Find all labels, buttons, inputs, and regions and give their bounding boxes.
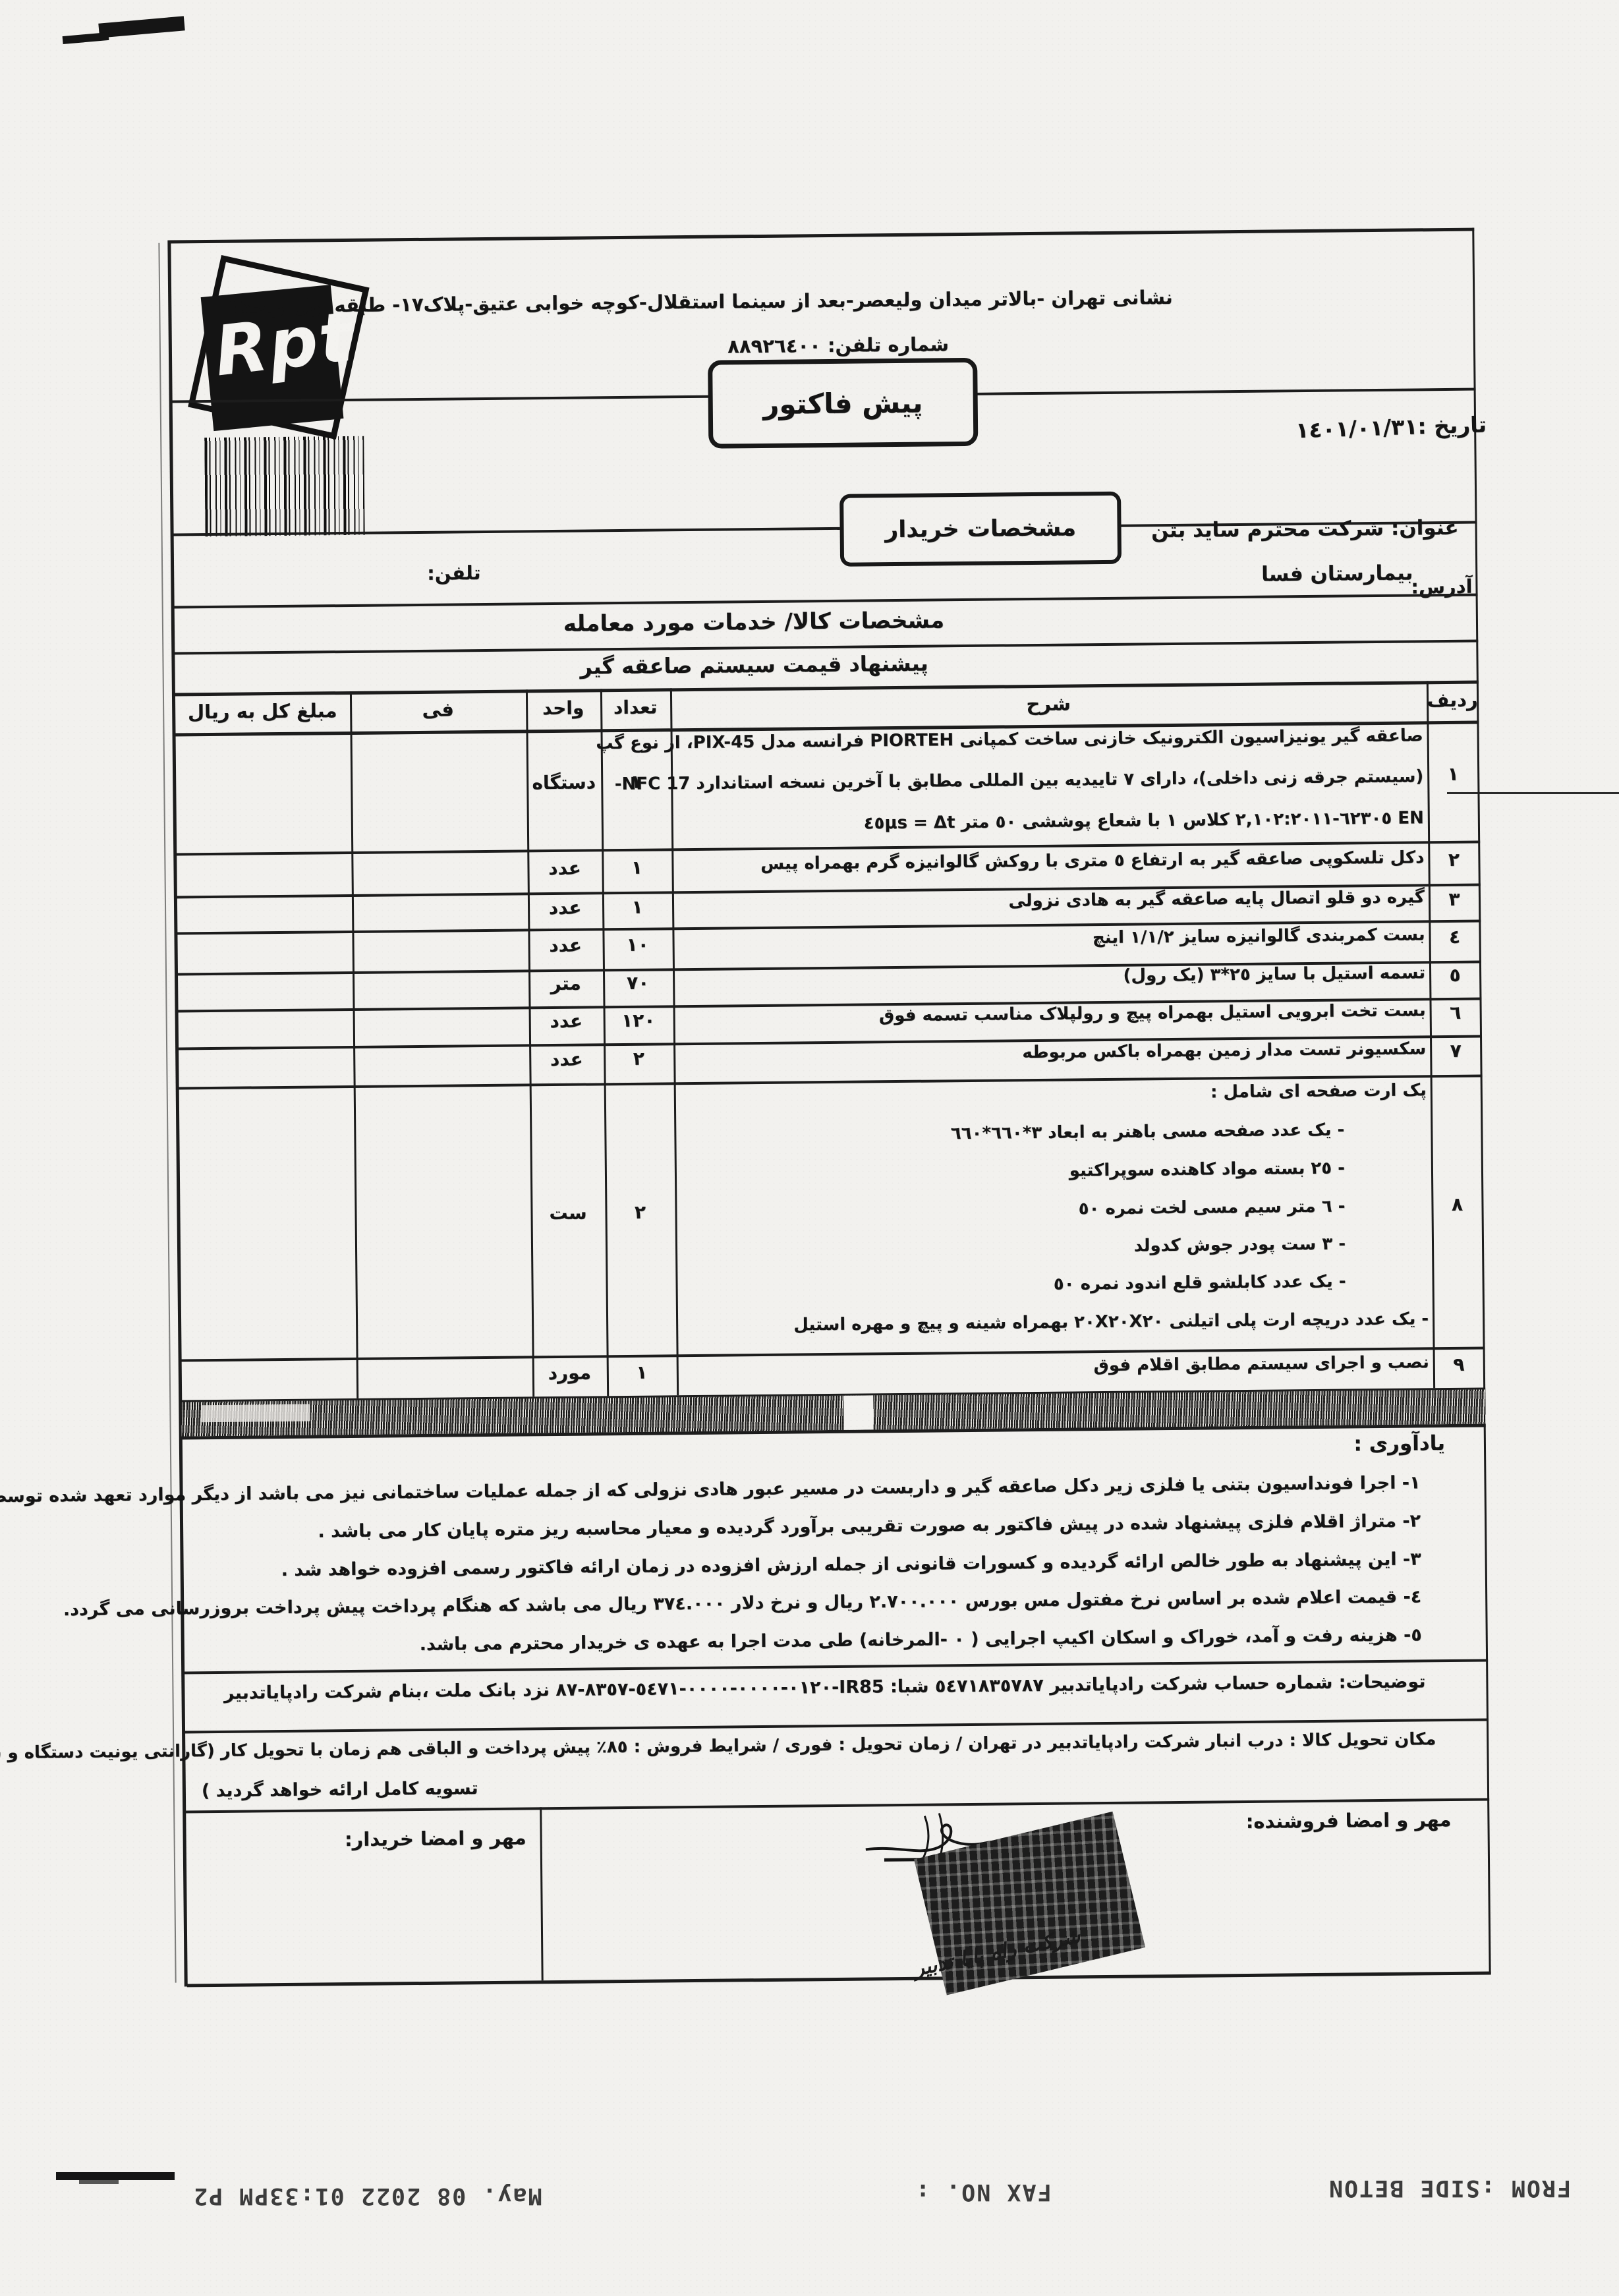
divider	[969, 388, 1476, 395]
item-qty: ٧٠	[603, 971, 673, 994]
fax-footer-timestamp: May. 08 2022 01:33PM P2	[192, 2183, 542, 2209]
notes-title: یادآوری :	[1353, 1431, 1445, 1456]
item-desc: (سیستم جرقه زنی داخلی)، دارای ٧ تاییدیه …	[615, 766, 1424, 794]
item-desc: - ٦ متر سیم مسی لخت نمره ٥٠	[1079, 1197, 1346, 1219]
item-unit: عدد	[527, 857, 602, 879]
item-unit: عدد	[529, 1048, 604, 1070]
item-desc: - ٢٥ بسته مواد کاهنده سوپراکتیو	[1069, 1159, 1345, 1181]
col-line	[600, 689, 609, 1396]
item-unit: عدد	[529, 1010, 604, 1032]
scan-artifact	[79, 2180, 119, 2184]
row-number: ٦	[1430, 1002, 1481, 1024]
col-header-row: ردیف	[1427, 689, 1478, 712]
note-item: ٢- متراژ اقلام فلزی پیشنهاد شده در پیش ف…	[318, 1510, 1421, 1541]
row-number: ٩	[1433, 1353, 1485, 1375]
frame-top	[170, 228, 1474, 244]
row-number: ١	[1427, 763, 1479, 786]
col-header-qty: تعداد	[600, 696, 670, 718]
item-unit: عدد	[528, 896, 602, 919]
note-item: ٣- این پیشنهاد به طور خالص ارائه گردیده …	[281, 1549, 1421, 1580]
scan-artifact	[63, 32, 109, 44]
doc-type-box: پیش فاکتور	[708, 358, 978, 449]
barcode	[204, 436, 364, 536]
scanned-fax-page: Rpt نشانی تهران -بالاتر میدان ولیعصر-بعد…	[0, 0, 1619, 2296]
item-qty: ١	[602, 856, 671, 878]
fax-footer-from: FROM :SIDE BETON	[1328, 2175, 1571, 2201]
item-qty: ١	[602, 896, 672, 918]
row-number: ٤	[1429, 926, 1480, 948]
proforma-invoice: Rpt نشانی تهران -بالاتر میدان ولیعصر-بعد…	[170, 228, 1491, 1987]
row-number: ٣	[1429, 888, 1480, 911]
note-item: ١- اجرا فونداسیون بتنی یا فلزی زیر دکل ص…	[0, 1472, 1421, 1508]
item-qty: ٢	[605, 1201, 675, 1223]
scan-artifact	[98, 16, 185, 38]
row-number: ٥	[1429, 964, 1481, 987]
item-unit: ست	[530, 1201, 605, 1224]
col-header-unit: واحد	[526, 697, 600, 719]
item-desc: سکسیونر تست مدار زمین بهمراه باکس مربوطه	[1022, 1039, 1426, 1062]
frame-left	[167, 241, 187, 1987]
delivery-terms-line1: مکان تحویل کالا : درب انبار شرکت رادپایا…	[0, 1729, 1436, 1764]
row-number: ٨	[1431, 1193, 1483, 1216]
divider	[184, 1659, 1488, 1674]
item-unit: متر	[528, 972, 603, 994]
frame-left-ghost	[158, 243, 176, 1983]
doc-type-label: پیش فاکتور	[763, 386, 923, 420]
total-row-redacted	[181, 1389, 1485, 1436]
frame-bottom	[187, 1971, 1491, 1987]
buyer-phone-label: تلفن:	[427, 561, 481, 585]
company-phone: شماره تلفن: ٨٨٩٢٦٤٠٠	[751, 333, 949, 357]
item-qty: ١٠	[602, 933, 672, 956]
item-unit: مورد	[532, 1362, 607, 1384]
bank-account-line: توضیحات: شماره حساب شرکت رادپایاتدبیر ٥٤…	[224, 1671, 1426, 1704]
item-desc: - یک عدد صفحه مسی باهنر به ابعاد ٣*٦٦٠*٦…	[951, 1120, 1345, 1144]
col-header-unit-price: فی	[350, 697, 526, 722]
col-line	[350, 691, 358, 1398]
item-qty: ١	[601, 770, 671, 793]
item-qty: ١	[607, 1361, 677, 1383]
scan-artifact	[56, 2172, 175, 2180]
note-item: ٤- قیمت اعلام شده بر اساس نرخ مفتول مس ب…	[63, 1586, 1422, 1620]
row-number: ٢	[1428, 849, 1479, 871]
item-qty: ١٢٠	[604, 1009, 673, 1031]
company-logo: Rpt	[184, 256, 370, 459]
items-section-title: مشخصات کالا/ خدمات مورد معامله	[174, 604, 1334, 641]
col-header-desc: شرح	[670, 689, 1427, 718]
item-unit: دستگاه	[526, 771, 601, 793]
total-row-light-patch	[201, 1404, 310, 1423]
buyer-signature-label: مهر و امضا خریدار:	[345, 1826, 526, 1851]
col-line	[1427, 681, 1435, 1388]
col-line	[670, 688, 679, 1395]
item-desc: دکل تلسکوپی صاعقه گیر به ارتفاع ٥ متری ب…	[760, 847, 1425, 874]
fax-footer-number: FAX NO. :	[915, 2179, 1052, 2205]
col-header-total: مبلغ کل به ریال	[175, 699, 350, 724]
buyer-section-box: مشخصات خریدار	[839, 492, 1122, 567]
item-desc: پک ارت صفحه ای شامل :	[1210, 1080, 1427, 1102]
seller-signature: شرکت راه پایا تدبیر	[857, 1800, 1176, 2001]
note-item: ٥- هزینه رفت و آمد، خوراک و اسکان اکیپ ا…	[420, 1624, 1422, 1655]
item-desc: - یک عدد کابلشو قلع اندود نمره ٥٠	[1054, 1272, 1346, 1294]
buyer-project: بیمارستان فسا	[1261, 561, 1413, 586]
item-desc: گیره دو قلو اتصال پایه صاعقه گیر به هادی…	[1008, 887, 1425, 911]
item-desc: بست کمربندی گالوانیزه سایز ١/١/٢ اینچ	[1093, 925, 1425, 948]
buyer-section-label: مشخصات خریدار	[885, 515, 1076, 543]
item-desc: تسمه استیل با سایز ٢٥*٣ (یک رول)	[1123, 963, 1425, 985]
row-number: ٧	[1430, 1040, 1481, 1062]
delivery-terms-line2: تسویه کامل ارائه خواهد گردید )	[202, 1778, 478, 1801]
col-line	[526, 689, 534, 1396]
frame-right	[1472, 228, 1491, 1974]
item-desc: نصب و اجرای سیستم مطابق اقلام فوق	[1093, 1352, 1429, 1375]
item-unit: عدد	[528, 934, 602, 956]
buyer-name: عنوان: شرکت محترم ساید بتن	[1151, 516, 1459, 542]
item-desc: EN ٦٢٣٠٥-٢,١٠٢:٢٠١١ کلاس ١ با شعاع پوششی…	[864, 808, 1424, 833]
invoice-date: تاریخ :١٤٠١/٠١/٣١	[1295, 411, 1487, 443]
item-qty: ٢	[604, 1047, 673, 1070]
item-desc: - ٣ ست پودر جوش کدولد	[1134, 1234, 1346, 1256]
seller-signature-label: مهر و امضا فروشنده:	[1246, 1808, 1452, 1833]
item-desc: - یک عدد دریچه ارت پلی اتیلنی ٢٠X٢٠X٢٠ ب…	[793, 1309, 1429, 1335]
total-row-gap	[843, 1395, 873, 1429]
signature-divider	[540, 1807, 544, 1980]
